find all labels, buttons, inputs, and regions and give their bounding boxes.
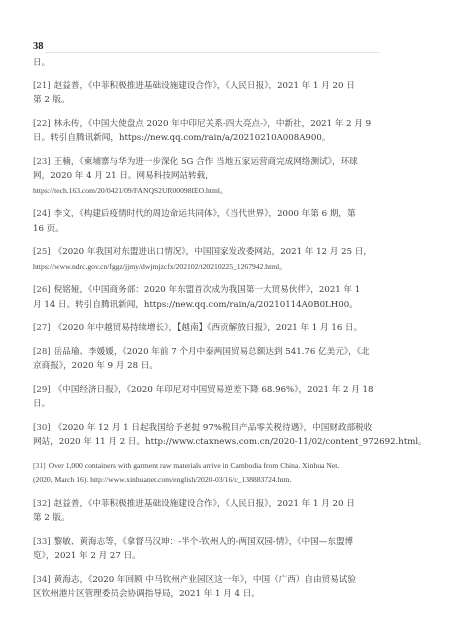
reference-line: 第 2 版。: [33, 93, 378, 107]
reference-line: 京商报》，2020 年 9 月 28 日。: [33, 359, 378, 373]
reference-line: [33]黎敏、黄海志等，《拿督马汉坤：-半个-钦州人的-两国双园-情》，《中国—…: [33, 535, 378, 549]
reference-line: 日。: [33, 397, 378, 411]
reference-number: [28]: [33, 347, 51, 357]
reference-26: [26]倪铭娅，《中国商务部：2020 年东盟首次成为我国第一大贸易伙伴》，20…: [33, 283, 378, 311]
reference-line: [31]Over 1,000 containers with garment r…: [33, 459, 378, 473]
reference-line: 第 2 版。: [33, 511, 378, 525]
reference-url[interactable]: https://www.ndrc.gov.cn/fggz/jjmy/dwjmjz…: [33, 260, 378, 274]
reference-23: [23]王楠，《柬埔寨与华为进一步深化 5G 合作 当地五家运营商完成网络测试》…: [33, 155, 378, 198]
reference-url[interactable]: https://tech.163.com/20/0421/09/FANQS2UR…: [33, 184, 378, 198]
reference-number: [24]: [33, 209, 51, 219]
reference-line: [28]岳品瑜、李媛媛，《2020 年前 7 个月中泰两国贸易总额达到 541.…: [33, 345, 378, 359]
header-rule: [45, 52, 380, 53]
reference-number: [34]: [33, 575, 51, 585]
reference-line: 区钦州港片区管理委员会协调指导局，2021 年 1 月 4 日。: [33, 587, 378, 601]
reference-number: [29]: [33, 385, 51, 395]
reference-number: [23]: [33, 157, 51, 167]
reference-28: [28]岳品瑜、李媛媛，《2020 年前 7 个月中泰两国贸易总额达到 541.…: [33, 345, 378, 373]
references-list: 日。 [21]赵益普，《中菲积极推进基础设施建设合作》，《人民日报》，2021 …: [33, 56, 378, 611]
document-page: 38 日。 [21]赵益普，《中菲积极推进基础设施建设合作》，《人民日报》，20…: [0, 0, 450, 639]
reference-number: [27]: [33, 323, 51, 333]
reference-31: [31]Over 1,000 containers with garment r…: [33, 459, 378, 487]
reference-33: [33]黎敏、黄海志等，《拿督马汉坤：-半个-钦州人的-两国双园-情》，《中国—…: [33, 535, 378, 563]
reference-line: [27]《2020 年中越贸易持续增长》，【越南】《西贡解放日报》，2021 年…: [33, 321, 378, 335]
reference-29: [29]《中国经济日报》，《2020 年印尼对中国贸易逆差下降 68.96%》，…: [33, 383, 378, 411]
reference-number: [31]: [33, 461, 46, 470]
reference-34: [34]黄海志，《2020 年回顾 中马钦州产业园区这一年》，中国（广西）自由贸…: [33, 573, 378, 601]
reference-number: [26]: [33, 285, 51, 295]
reference-number: [21]: [33, 81, 51, 91]
reference-line: 览》，2021 年 2 月 27 日。: [33, 549, 378, 563]
reference-number: [30]: [33, 423, 51, 433]
reference-url[interactable]: (2020, March 16). http://www.xinhuanet.c…: [33, 473, 378, 487]
reference-line: [25]《2020 年我国对东盟进出口情况》，中国国家发改委网站，2021 年 …: [33, 245, 378, 259]
reference-line: 网站，2020 年 11 月 2 日。http://www.ctaxnews.c…: [33, 435, 378, 449]
reference-line: [22]林永传，《中国大使盘点 2020 年中印尼关系-四大亮点-》，中新社，2…: [33, 117, 378, 131]
reference-line: [29]《中国经济日报》，《2020 年印尼对中国贸易逆差下降 68.96%》，…: [33, 383, 378, 397]
reference-21: [21]赵益普，《中菲积极推进基础设施建设合作》，《人民日报》，2021 年 1…: [33, 79, 378, 107]
reference-25: [25]《2020 年我国对东盟进出口情况》，中国国家发改委网站，2021 年 …: [33, 245, 378, 273]
reference-line: [30]《2020 年 12 月 1 日起我国给予老挝 97%税目产品零关税待遇…: [33, 421, 378, 435]
reference-number: [32]: [33, 499, 51, 509]
page-number: 38: [33, 41, 44, 52]
reference-line: [21]赵益普，《中菲积极推进基础设施建设合作》，《人民日报》，2021 年 1…: [33, 79, 378, 93]
reference-line: 16 页。: [33, 222, 378, 236]
reference-27: [27]《2020 年中越贸易持续增长》，【越南】《西贡解放日报》，2021 年…: [33, 321, 378, 335]
reference-line: [26]倪铭娅，《中国商务部：2020 年东盟首次成为我国第一大贸易伙伴》，20…: [33, 283, 378, 297]
continuation-text: 日。: [33, 56, 378, 70]
reference-32: [32]赵益普，《中菲积极推进基础设施建设合作》，《人民日报》，2021 年 1…: [33, 497, 378, 525]
reference-line: 月 14 日。转引自腾讯新闻，https://new.qq.com/rain/a…: [33, 298, 378, 312]
reference-line: [34]黄海志，《2020 年回顾 中马钦州产业园区这一年》，中国（广西）自由贸…: [33, 573, 378, 587]
reference-line: 日。转引自腾讯新闻，https://new.qq.com/rain/a/2021…: [33, 131, 378, 145]
reference-number: [33]: [33, 537, 51, 547]
reference-line: [32]赵益普，《中菲积极推进基础设施建设合作》，《人民日报》，2021 年 1…: [33, 497, 378, 511]
reference-line: [24]李文，《构建后疫情时代的周边命运共同体》，《当代世界》，2000 年第 …: [33, 207, 378, 221]
reference-24: [24]李文，《构建后疫情时代的周边命运共同体》，《当代世界》，2000 年第 …: [33, 207, 378, 235]
reference-number: [22]: [33, 119, 51, 129]
reference-line: [23]王楠，《柬埔寨与华为进一步深化 5G 合作 当地五家运营商完成网络测试》…: [33, 155, 378, 169]
reference-30: [30]《2020 年 12 月 1 日起我国给予老挝 97%税目产品零关税待遇…: [33, 421, 378, 449]
reference-number: [25]: [33, 247, 51, 257]
reference-22: [22]林永传，《中国大使盘点 2020 年中印尼关系-四大亮点-》，中新社，2…: [33, 117, 378, 145]
reference-line: 网，2020 年 4 月 21 日。网易科技网站转载，: [33, 169, 378, 183]
